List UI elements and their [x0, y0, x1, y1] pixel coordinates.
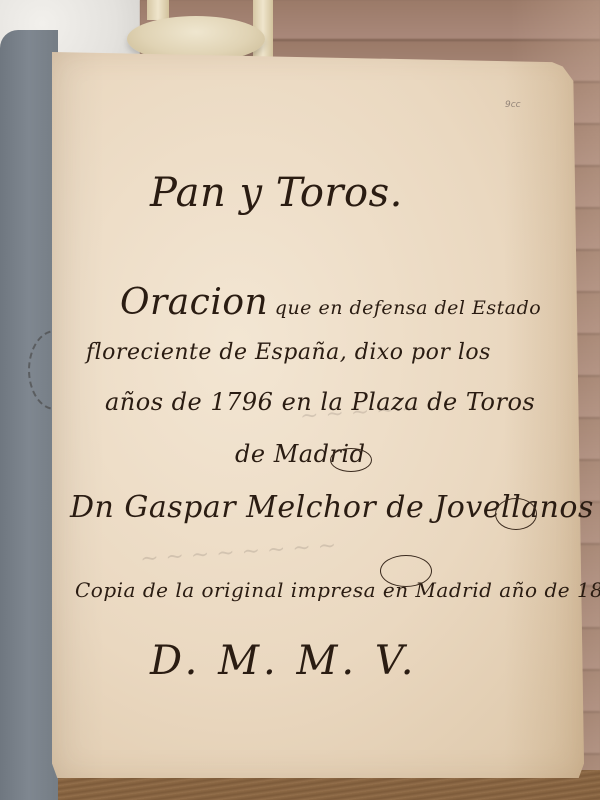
oracion-word: Oracion	[120, 282, 268, 323]
book-cover	[0, 30, 58, 800]
pencil-note: 9cc	[505, 100, 521, 110]
flourish-author	[495, 498, 537, 530]
line-1-rest: que en defensa del Estado	[275, 297, 541, 319]
manuscript-line-3: años de 1796 en la Plaza de Toros	[105, 388, 535, 416]
manuscript-title: Pan y Toros.	[150, 170, 403, 216]
flourish-madrid	[330, 448, 372, 472]
photo-scene: ~ ~ ~ ~ ~ ~ ~ ~ ~ ~ ~ ~ ~ 9cc Pan y Toro…	[0, 0, 600, 800]
book-stand-post-left	[147, 0, 169, 20]
manuscript-line-1: Oracion que en defensa del Estado	[120, 282, 541, 323]
manuscript-initials: D. M. M. V.	[150, 638, 417, 684]
flourish-madrid-2	[380, 555, 432, 587]
manuscript-copy-note: Copia de la original impresa en Madrid a…	[75, 578, 600, 602]
manuscript-line-2: floreciente de España, dixo por los	[86, 340, 491, 365]
